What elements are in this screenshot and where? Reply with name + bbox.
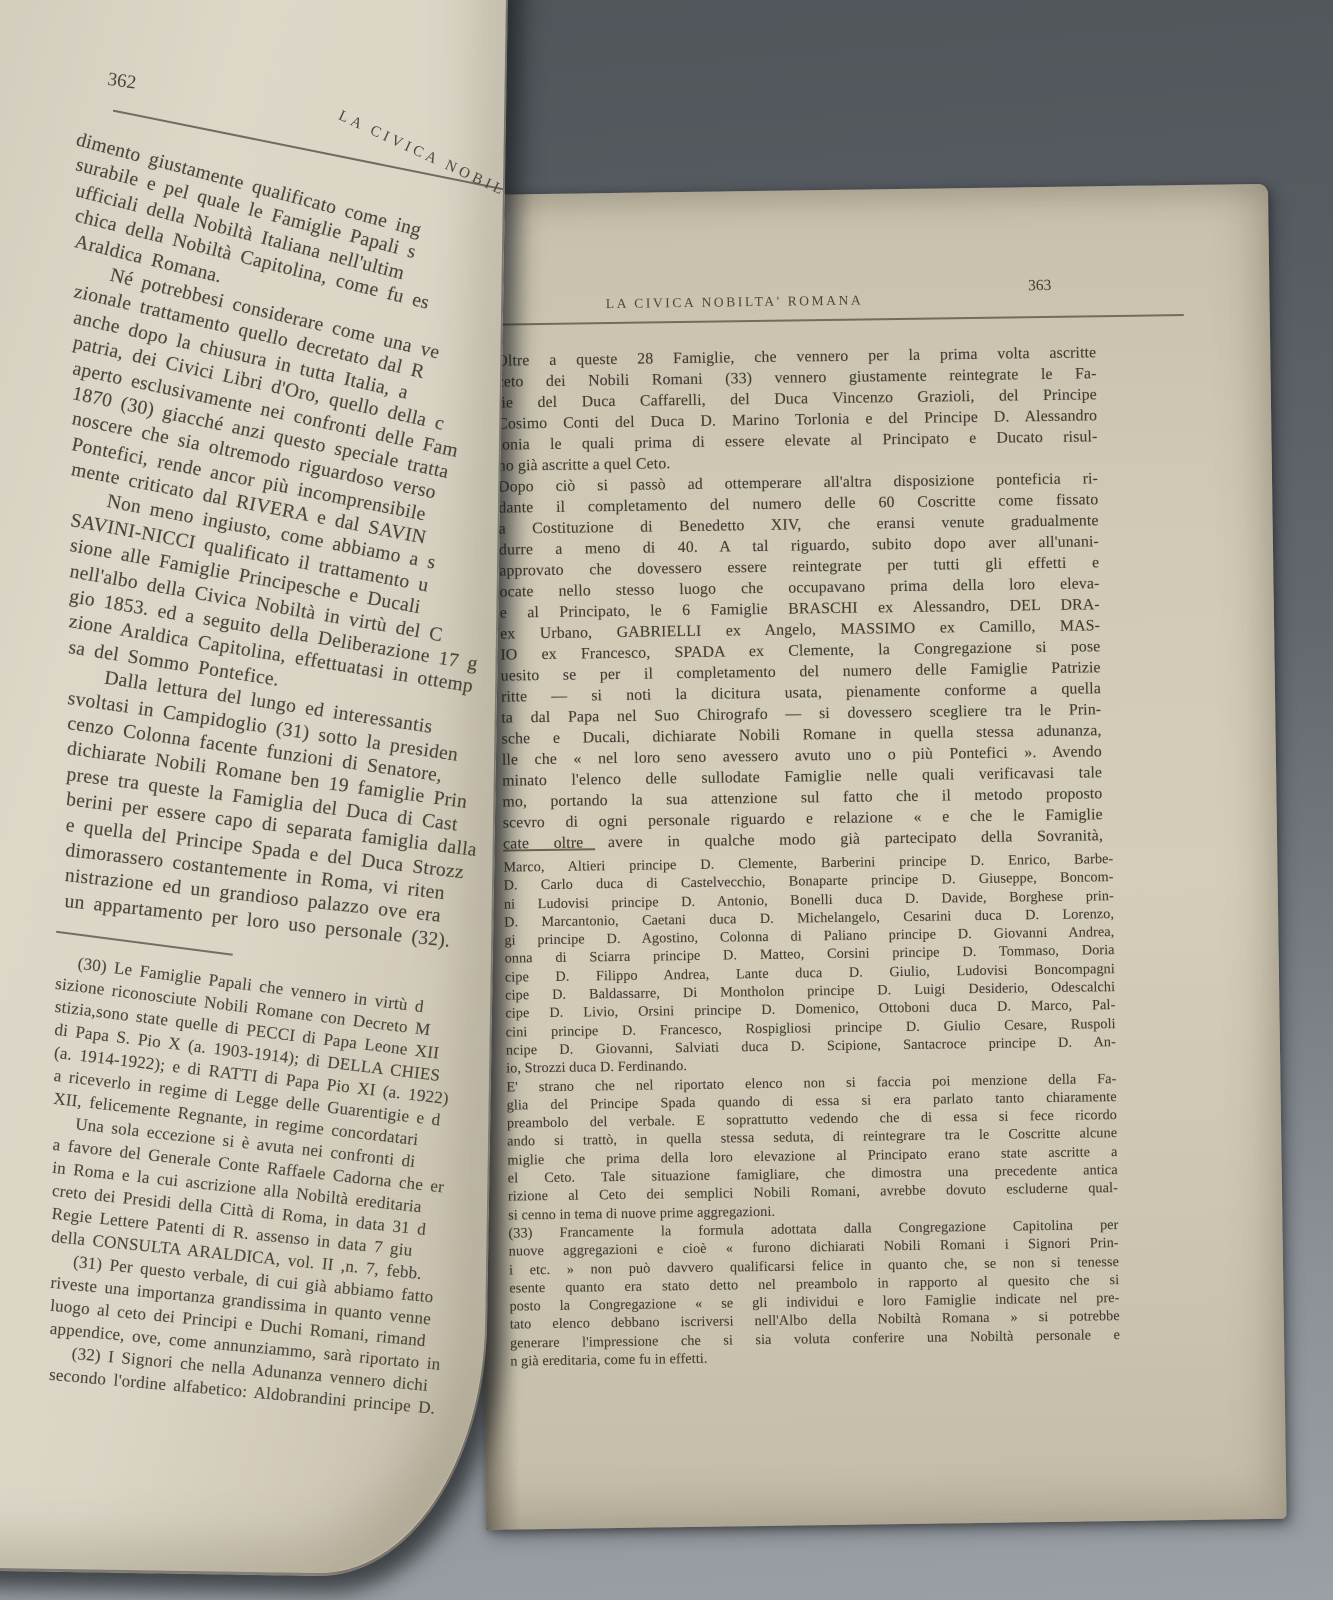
left-page-footnotes: (30) Le Famiglie Papali che vennero in v… [49, 949, 509, 1396]
right-page-number: 363 [999, 277, 1051, 296]
left-page-body: dimento giustamente qualificato come ing… [64, 127, 508, 924]
left-page-number: 362 [106, 69, 137, 95]
right-page-footnotes: Marco, Altieri principe D. Clemente, Bar… [503, 850, 1120, 1371]
right-page-body: Oltre a queste 28 Famiglie, che vennero … [496, 342, 1103, 854]
right-page: LA CIVICA NOBILTA' ROMANA 363 Oltre a qu… [468, 184, 1287, 1530]
book-photo-background: LA CIVICA NOBILTA' ROMANA 363 Oltre a qu… [0, 0, 1333, 1600]
left-page-curled: 362 LA CIVICA NOBILTA' dimento giustamen… [0, 0, 509, 1579]
